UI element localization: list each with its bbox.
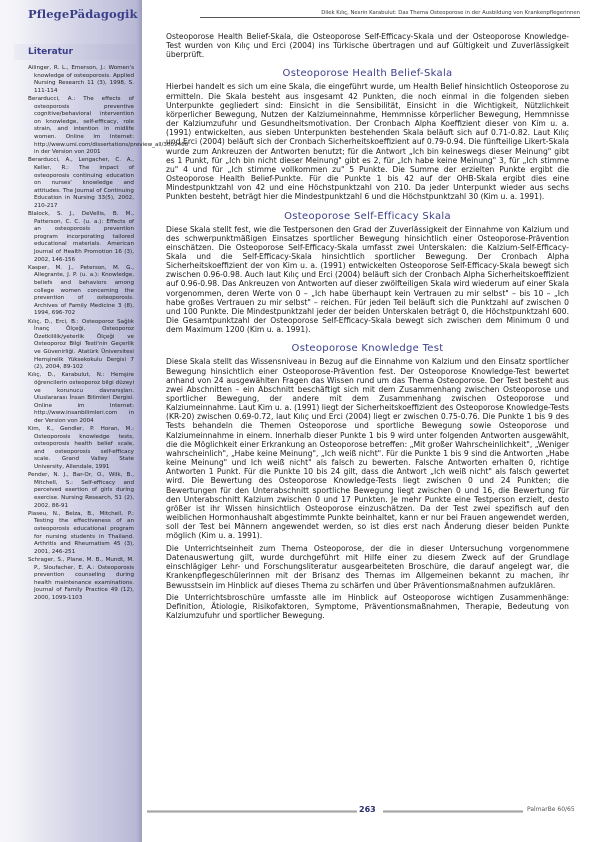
sidebar-edge — [136, 0, 142, 842]
paragraph: Die Unterrichtseinheit zum Thema Osteopo… — [166, 544, 569, 590]
paragraph: Diese Skala stellt fest, wie die Testper… — [166, 225, 569, 335]
reference-item: Blalock, S. J., DeVellis, B. M., Patters… — [28, 211, 134, 264]
issue-label: PalmarBe 60/65 — [527, 806, 575, 813]
section-heading-knowledge-test: Osteoporose Knowledge Test — [166, 342, 569, 355]
reference-item: Schrager, S., Plane, M. B., Mundt, M. P.… — [28, 557, 134, 603]
section-heading-health-belief: Osteoporose Health Belief-Skala — [166, 67, 569, 80]
page-footer: 263 PalmarBe 60/65 — [147, 805, 587, 817]
reference-item: Kasper, M. J., Peterson, M. G., Allegran… — [28, 265, 134, 318]
section-heading-self-efficacy: Osteoporose Self-Efficacy Skala — [166, 210, 569, 223]
paragraph: Die Unterrichtsbroschüre umfasste alle i… — [166, 593, 569, 620]
paragraph: Hierbei handelt es sich um eine Skala, d… — [166, 82, 569, 201]
main-text-column: Osteoporose Health Belief-Skala, die Ost… — [166, 32, 569, 624]
reference-item: Kılıç, D., Karabulut, N.: Hemşire öğrenc… — [28, 372, 134, 425]
intro-paragraph: Osteoporose Health Belief-Skala, die Ost… — [166, 32, 569, 59]
reference-item: Berarducci, A., Lengacher, C. A., Keller… — [28, 157, 134, 210]
reference-item: Pender, N. J., Bar-Or, O., Wilk, B., Mit… — [28, 472, 134, 510]
journal-logo: PflegePädagogik — [28, 7, 168, 21]
running-header: Dilek Kılıç, Nesrin Karabulut: Das Thema… — [200, 10, 580, 18]
reference-list: Ailinger, R. L., Emerson, J.: Women's kn… — [28, 65, 134, 603]
page-number: 263 — [359, 805, 376, 814]
footer-rule-left — [147, 810, 357, 813]
reference-item: Berarducci, A.: The effects of osteoporo… — [28, 96, 134, 157]
journal-logo-text: PflegePädagogik — [28, 7, 138, 21]
footer-rule-right — [383, 810, 523, 813]
literature-title: Literatur — [28, 44, 73, 60]
reference-item: Kim, K., Gendler, P. Horan, M.: Osteopor… — [28, 426, 134, 472]
reference-item: Kılıç, D., Erci, B.: Osteoporoz Sağlık İ… — [28, 319, 134, 372]
reference-item: Piaseu, N., Belza, B., Mitchell, P.: Tes… — [28, 511, 134, 557]
paragraph: Diese Skala stellt das Wissensniveau in … — [166, 357, 569, 540]
reference-item: Ailinger, R. L., Emerson, J.: Women's kn… — [28, 65, 134, 95]
